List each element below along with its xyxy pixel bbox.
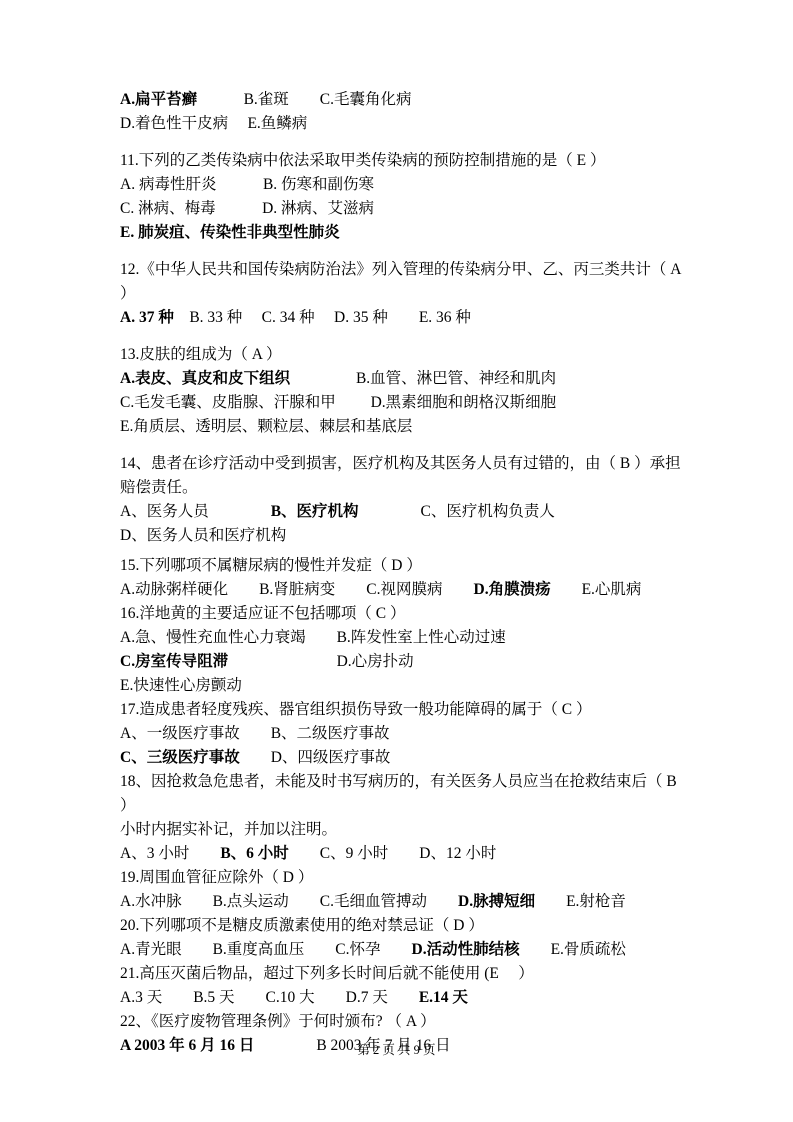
text-segment: 22、《医疗废物管理条例》于何时颁布? （ A ）	[120, 1013, 436, 1030]
text-line: E.快速性心房颤动	[120, 674, 686, 698]
answer-highlight: B、6 小时	[220, 845, 288, 862]
answer-highlight: D.活动性肺结核	[412, 941, 520, 958]
text-line: E.角质层、透明层、颗粒层、棘层和基底层	[120, 415, 686, 439]
text-segment: A.动脉粥样硬化 B.肾脏病变 C.视网膜病	[120, 581, 474, 598]
text-segment: C. 淋病、梅毒 D. 淋病、艾滋病	[120, 200, 374, 217]
exam-content: A.扁平苔癣 B.雀斑 C.毛囊角化病D.着色性干皮病 E.鱼鳞病11.下列的乙…	[120, 88, 686, 1058]
text-line: A、一级医疗事故 B、二级医疗事故	[120, 722, 686, 746]
text-line: 赔偿责任。	[120, 476, 686, 500]
answer-highlight: B、医疗机构	[271, 503, 359, 520]
text-segment: B.雀斑 C.毛囊角化病	[197, 91, 411, 108]
text-line: 13.皮肤的组成为（ A ）	[120, 343, 686, 367]
text-line: 小时内据实补记，并加以注明。	[120, 818, 686, 842]
text-line: A.水冲脉 B.点头运动 C.毛细血管搏动 D.脉搏短细 E.射枪音	[120, 890, 686, 914]
text-segment: D、医务人员和医疗机构	[120, 527, 286, 544]
text-segment: 15.下列哪项不属糖尿病的慢性并发症（ D ）	[120, 557, 422, 574]
text-line: C.毛发毛囊、皮脂腺、汗腺和甲 D.黑素细胞和朗格汉斯细胞	[120, 391, 686, 415]
text-segment: D.心房扑动	[228, 653, 414, 670]
text-line: 12.《中华人民共和国传染病防治法》列入管理的传染病分甲、乙、丙三类共计（ A …	[120, 258, 686, 306]
text-segment: 20.下列哪项不是糖皮质激素使用的绝对禁忌证（ D ）	[120, 917, 484, 934]
text-line: 16.洋地黄的主要适应证不包括哪项（ C ）	[120, 602, 686, 626]
question-block: 14、患者在诊疗活动中受到损害，医疗机构及其医务人员有过错的，由（ B ）承担赔…	[120, 452, 686, 548]
text-segment: 11.下列的乙类传染病中依法采取甲类传染病的预防控制措施的是（ E ）	[120, 152, 606, 169]
text-segment: E.心肌病	[551, 581, 642, 598]
text-line: D、医务人员和医疗机构	[120, 524, 686, 548]
text-segment: 12.《中华人民共和国传染病防治法》列入管理的传染病分甲、乙、丙三类共计（ A …	[120, 261, 684, 302]
text-segment: 14、患者在诊疗活动中受到损害，医疗机构及其医务人员有过错的，由（ B ）承担	[120, 455, 681, 472]
text-line: 22、《医疗废物管理条例》于何时颁布? （ A ）	[120, 1010, 686, 1034]
text-segment: 17.造成患者轻度残疾、器官组织损伤导致一般功能障碍的属于（ C ）	[120, 701, 591, 718]
text-line: A.表皮、真皮和皮下组织 B.血管、淋巴管、神经和肌肉	[120, 367, 686, 391]
text-line: 11.下列的乙类传染病中依法采取甲类传染病的预防控制措施的是（ E ）	[120, 149, 686, 173]
text-segment: A.水冲脉 B.点头运动 C.毛细血管搏动	[120, 893, 458, 910]
document-page: A.扁平苔癣 B.雀斑 C.毛囊角化病D.着色性干皮病 E.鱼鳞病11.下列的乙…	[0, 0, 793, 1122]
text-line: E. 肺炭疽、传染性非典型性肺炎	[120, 221, 686, 245]
text-line: 17.造成患者轻度残疾、器官组织损伤导致一般功能障碍的属于（ C ）	[120, 698, 686, 722]
text-segment: 赔偿责任。	[120, 479, 198, 496]
text-line: 21.高压灭菌后物品，超过下列多长时间后就不能使用 (E ）	[120, 962, 686, 986]
text-line: 15.下列哪项不属糖尿病的慢性并发症（ D ）	[120, 554, 686, 578]
text-segment: 19.周围血管征应除外（ D ）	[120, 869, 313, 886]
answer-highlight: E.14 天	[419, 989, 468, 1006]
text-segment: 13.皮肤的组成为（ A ）	[120, 346, 281, 363]
question-block: 11.下列的乙类传染病中依法采取甲类传染病的预防控制措施的是（ E ）A. 病毒…	[120, 149, 686, 245]
text-segment: 21.高压灭菌后物品，超过下列多长时间后就不能使用 (E ）	[120, 965, 534, 982]
text-line: A.扁平苔癣 B.雀斑 C.毛囊角化病	[120, 88, 686, 112]
text-line: A.急、慢性充血性心力衰竭 B.阵发性室上性心动过速	[120, 626, 686, 650]
page-footer: 第 2 页 共 9 页	[0, 1040, 793, 1060]
answer-highlight: C.房室传导阻滞	[120, 653, 228, 670]
answer-highlight: A. 37 种	[120, 309, 174, 326]
text-line: A. 病毒性肝炎 B. 伤寒和副伤寒	[120, 173, 686, 197]
text-segment: E.射枪音	[535, 893, 626, 910]
text-segment: 18、因抢救急危患者，未能及时书写病历的，有关医务人员应当在抢救结束后（ B ）	[120, 773, 681, 814]
text-segment: A、一级医疗事故 B、二级医疗事故	[120, 725, 390, 742]
answer-highlight: E. 肺炭疽、传染性非典型性肺炎	[120, 224, 340, 241]
answer-highlight: C、三级医疗事故	[120, 749, 240, 766]
question-block: 13.皮肤的组成为（ A ）A.表皮、真皮和皮下组织 B.血管、淋巴管、神经和肌…	[120, 343, 686, 439]
text-line: 19.周围血管征应除外（ D ）	[120, 866, 686, 890]
text-line: C. 淋病、梅毒 D. 淋病、艾滋病	[120, 197, 686, 221]
text-line: 14、患者在诊疗活动中受到损害，医疗机构及其医务人员有过错的，由（ B ）承担	[120, 452, 686, 476]
text-line: A.动脉粥样硬化 B.肾脏病变 C.视网膜病 D.角膜溃疡 E.心肌病	[120, 578, 686, 602]
answer-highlight: A.表皮、真皮和皮下组织	[120, 370, 290, 387]
text-segment: C.毛发毛囊、皮脂腺、汗腺和甲 D.黑素细胞和朗格汉斯细胞	[120, 394, 556, 411]
text-line: A.3 天 B.5 天 C.10 大 D.7 天 E.14 天	[120, 986, 686, 1010]
question-block: A.扁平苔癣 B.雀斑 C.毛囊角化病D.着色性干皮病 E.鱼鳞病	[120, 88, 686, 136]
text-line: C.房室传导阻滞 D.心房扑动	[120, 650, 686, 674]
text-segment: D.着色性干皮病 E.鱼鳞病	[120, 115, 307, 132]
text-line: 18、因抢救急危患者，未能及时书写病历的，有关医务人员应当在抢救结束后（ B ）	[120, 770, 686, 818]
answer-highlight: A.扁平苔癣	[120, 91, 197, 108]
text-segment: B.血管、淋巴管、神经和肌肉	[290, 370, 556, 387]
text-segment: A. 病毒性肝炎 B. 伤寒和副伤寒	[120, 176, 374, 193]
text-segment: C、医疗机构负责人	[359, 503, 555, 520]
text-line: A. 37 种 B. 33 种 C. 34 种 D. 35 种 E. 36 种	[120, 306, 686, 330]
text-line: C、三级医疗事故 D、四级医疗事故	[120, 746, 686, 770]
text-segment: A.3 天 B.5 天 C.10 大 D.7 天	[120, 989, 419, 1006]
text-segment: A、3 小时	[120, 845, 220, 862]
answer-highlight: D.角膜溃疡	[474, 581, 551, 598]
text-segment: D、四级医疗事故	[240, 749, 391, 766]
question-block: 15.下列哪项不属糖尿病的慢性并发症（ D ）A.动脉粥样硬化 B.肾脏病变 C…	[120, 554, 686, 1058]
text-segment: C、9 小时 D、12 小时	[289, 845, 497, 862]
text-segment: 小时内据实补记，并加以注明。	[120, 821, 337, 838]
text-segment: B. 33 种 C. 34 种 D. 35 种 E. 36 种	[174, 309, 471, 326]
text-line: A.青光眼 B.重度高血压 C.怀孕 D.活动性肺结核 E.骨质疏松	[120, 938, 686, 962]
text-segment: A、医务人员	[120, 503, 271, 520]
text-line: 20.下列哪项不是糖皮质激素使用的绝对禁忌证（ D ）	[120, 914, 686, 938]
text-segment: E.骨质疏松	[520, 941, 626, 958]
text-line: A、3 小时 B、6 小时 C、9 小时 D、12 小时	[120, 842, 686, 866]
answer-highlight: D.脉搏短细	[458, 893, 535, 910]
text-segment: E.角质层、透明层、颗粒层、棘层和基底层	[120, 418, 412, 435]
text-segment: 16.洋地黄的主要适应证不包括哪项（ C ）	[120, 605, 405, 622]
question-block: 12.《中华人民共和国传染病防治法》列入管理的传染病分甲、乙、丙三类共计（ A …	[120, 258, 686, 330]
text-segment: E.快速性心房颤动	[120, 677, 242, 694]
text-line: A、医务人员 B、医疗机构 C、医疗机构负责人	[120, 500, 686, 524]
text-line: D.着色性干皮病 E.鱼鳞病	[120, 112, 686, 136]
text-segment: A.青光眼 B.重度高血压 C.怀孕	[120, 941, 412, 958]
text-segment: A.急、慢性充血性心力衰竭 B.阵发性室上性心动过速	[120, 629, 506, 646]
